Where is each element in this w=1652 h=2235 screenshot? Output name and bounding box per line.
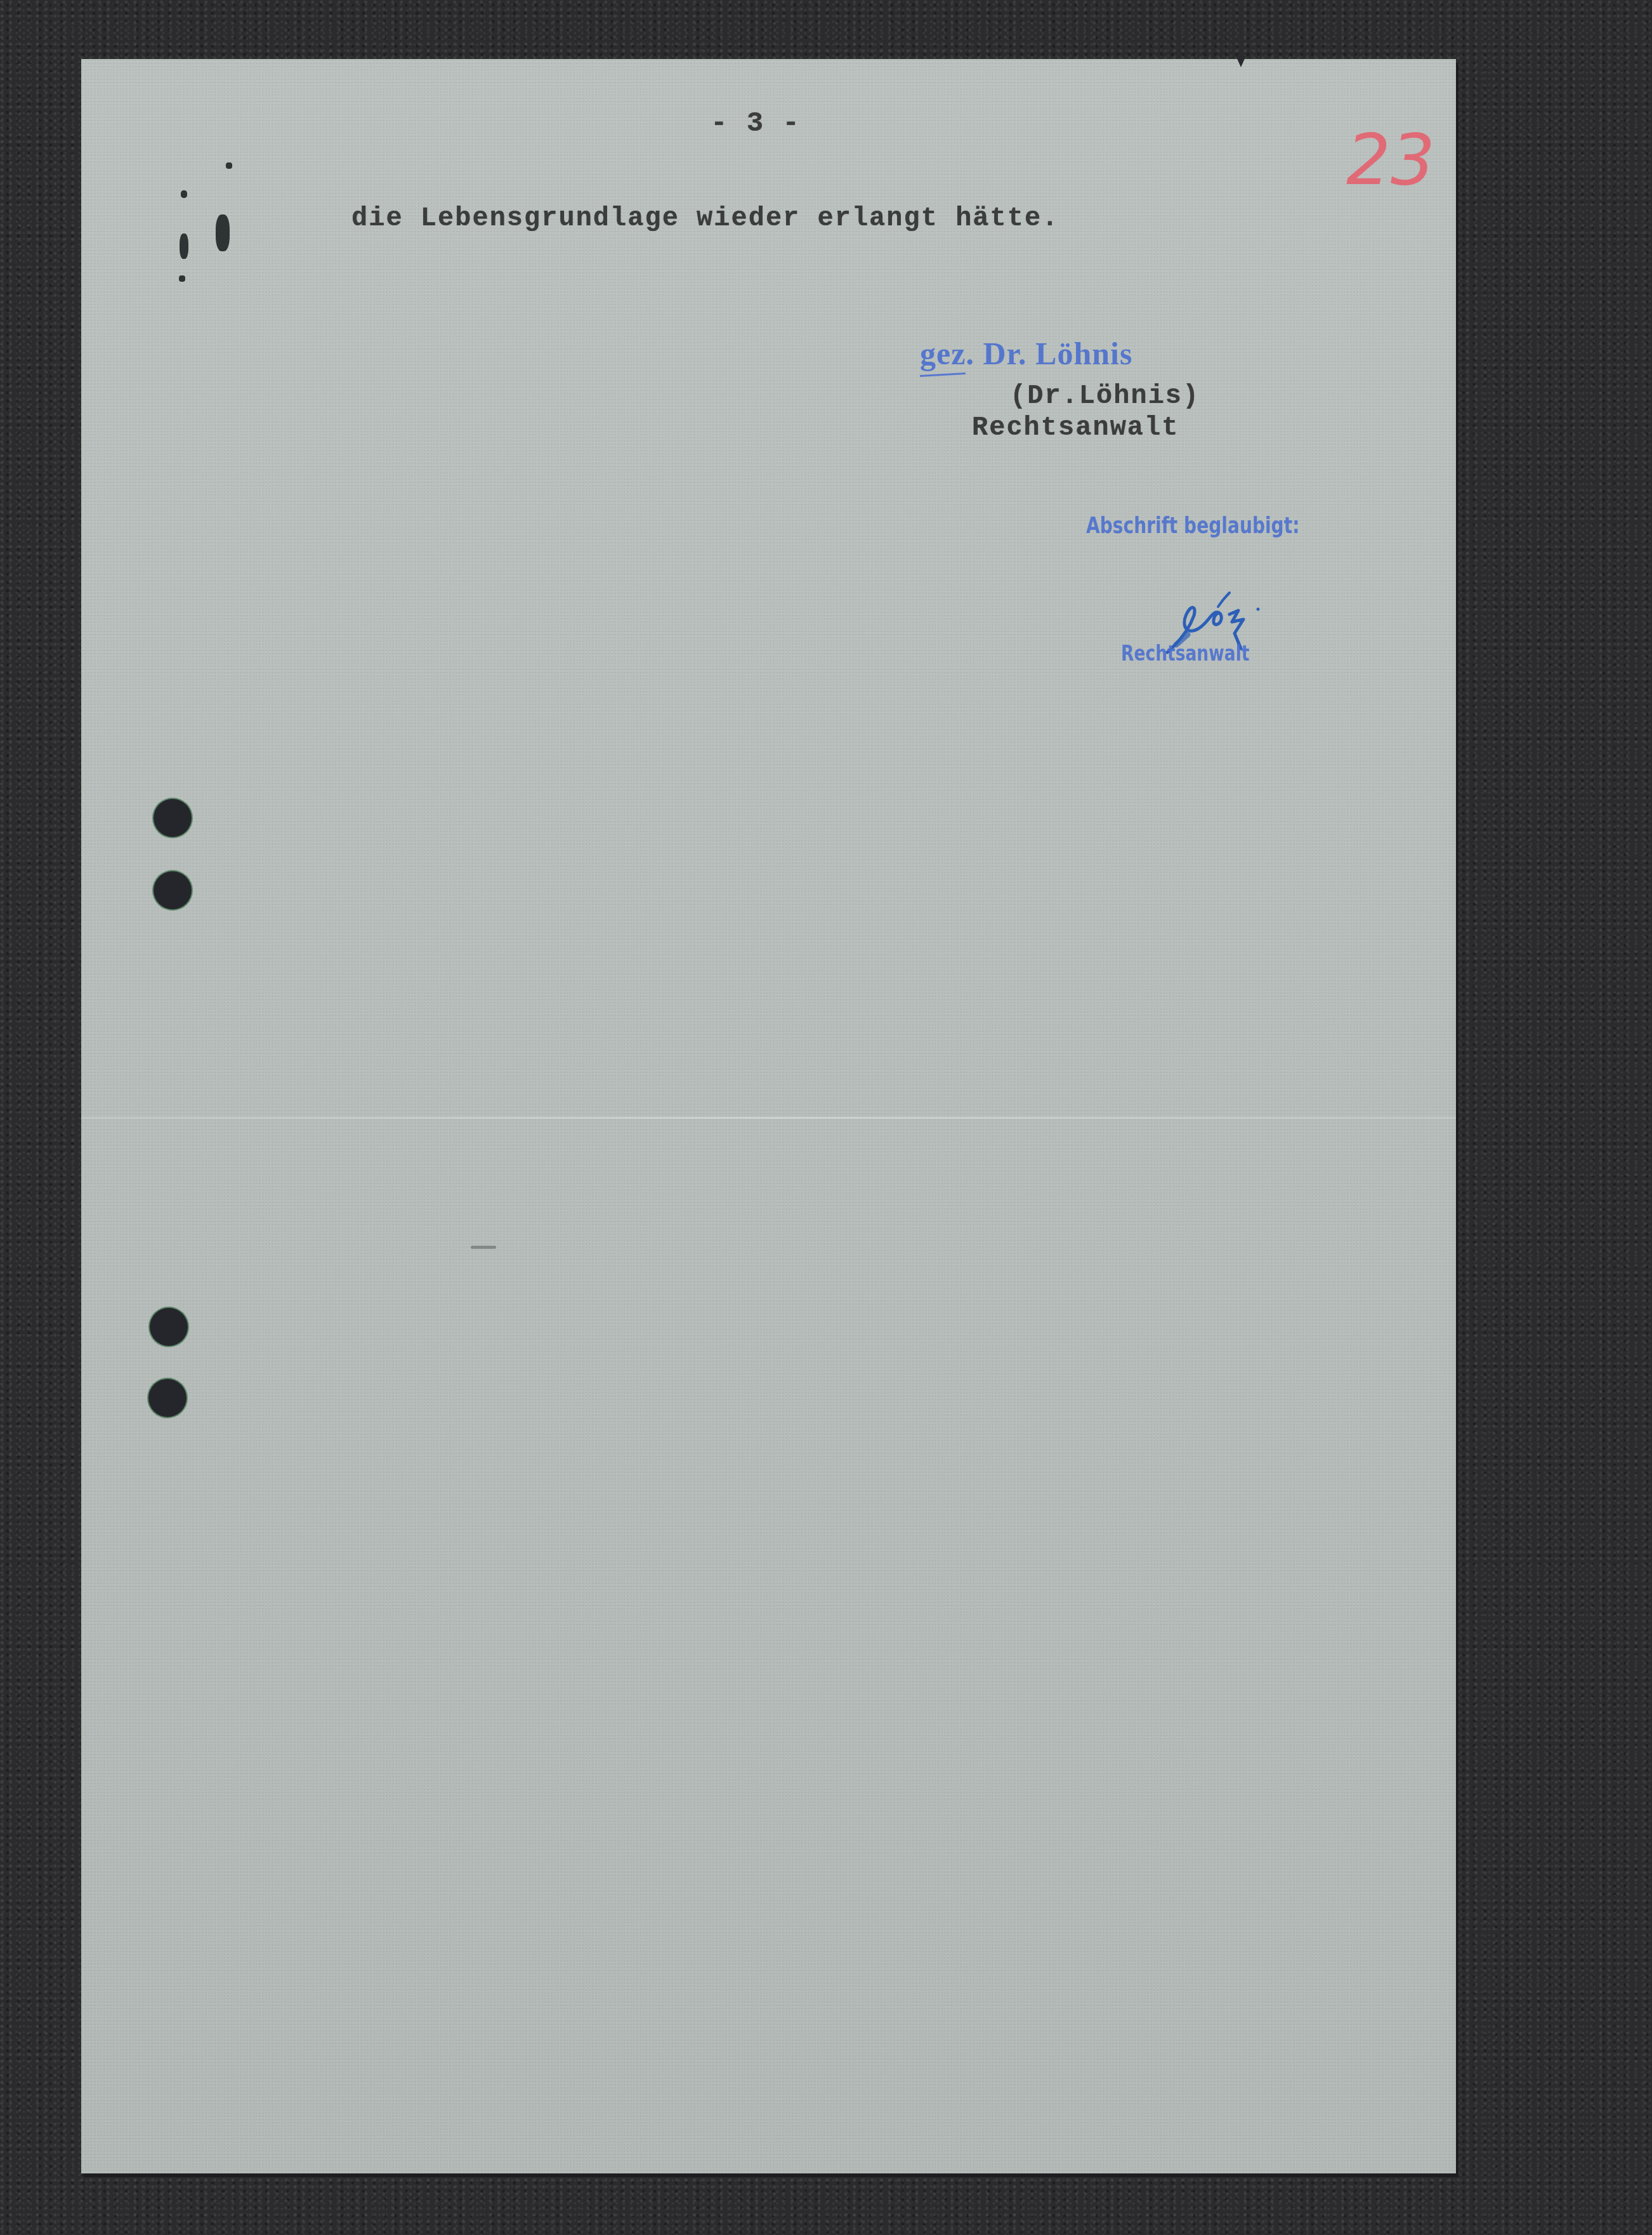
punch-hole [150, 1308, 188, 1346]
certification-stamp-heading: Abschrift beglaubigt: [1086, 513, 1299, 539]
staple-hole-mark [181, 190, 187, 198]
punch-hole [154, 871, 192, 909]
signed-stamp: gez. Dr. Löhnis [920, 335, 1132, 372]
document-page [81, 59, 1456, 2173]
paper-tear-notch [1236, 56, 1246, 67]
certification-stamp-title: Rechtsanwalt [1121, 641, 1249, 666]
page-number: - 3 - [711, 108, 801, 140]
typed-signatory-title: Rechtsanwalt [972, 412, 1179, 443]
staple-hole-mark [226, 162, 232, 169]
punch-hole [148, 1379, 187, 1417]
staple-hole-mark [179, 275, 185, 282]
paper-fold-crease [81, 1117, 1456, 1119]
ink-smudge [471, 1246, 496, 1249]
typed-signatory-name: (Dr.Löhnis) [1010, 381, 1200, 411]
folio-number: 23 [1346, 119, 1435, 201]
staple-hole-mark [180, 234, 188, 259]
punch-hole [154, 799, 192, 837]
body-text-line: die Lebensgrundlage wieder erlangt hätte… [351, 203, 1059, 234]
staple-hole-mark [216, 214, 230, 251]
